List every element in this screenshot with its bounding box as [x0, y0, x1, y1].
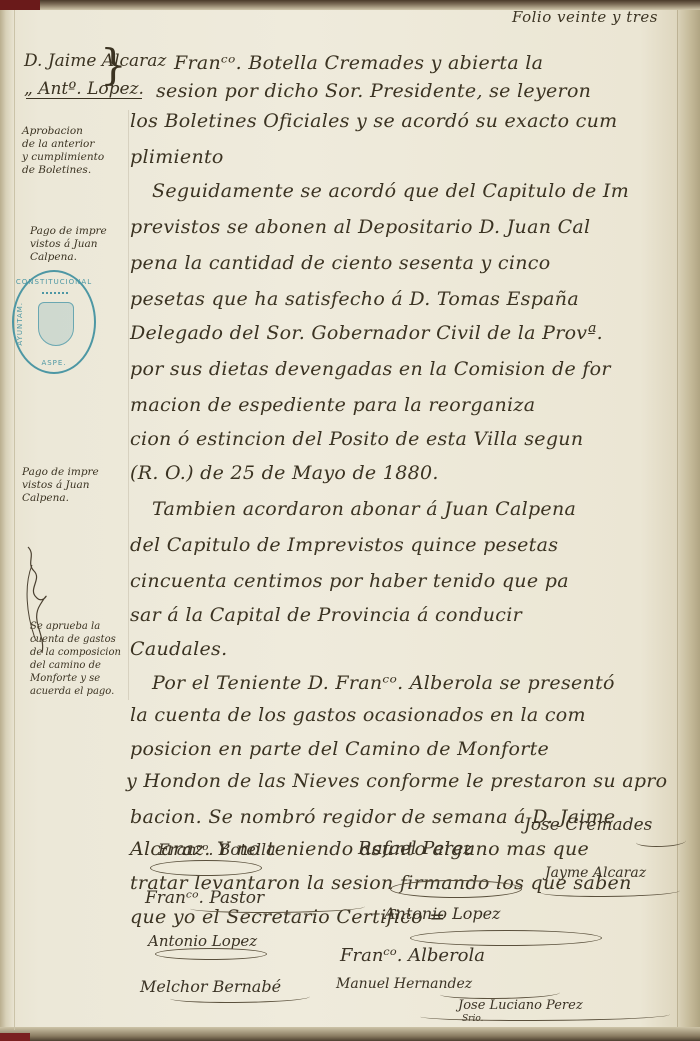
- body-line: pesetas que ha satisfecho á D. Tomas Esp…: [130, 288, 579, 310]
- body-line: Seguidamente se acordó que del Capitulo …: [152, 180, 629, 202]
- brace-glyph: }: [100, 44, 127, 86]
- margin-note-line: vistos á Juan: [30, 238, 138, 251]
- body-line: Franᶜᵒ. Botella Cremades y abierta la: [174, 52, 543, 74]
- body-line: plimiento: [130, 146, 224, 168]
- margin-note-line: Pago de impre: [22, 466, 130, 479]
- rubric-flourish-icon: [22, 545, 58, 655]
- signature-flourish: [410, 930, 602, 946]
- body-line: pena la cantidad de ciento sesenta y cin…: [130, 252, 550, 274]
- signature: Antonio Lopez: [384, 904, 500, 923]
- margin-note-payment-calpena-2: Pago de impre vistos á Juan Calpena.: [22, 466, 130, 505]
- margin-note-payment-calpena: Pago de impre vistos á Juan Calpena.: [30, 225, 138, 264]
- folio-number: Folio veinte y tres: [512, 8, 658, 26]
- margin-note-line: de Boletines.: [22, 164, 130, 177]
- signature: Franᶜᵒ. Alberola: [340, 945, 485, 966]
- signature: Jayme Alcaraz: [545, 865, 646, 881]
- signature: Jose Cremades: [524, 815, 652, 835]
- signature: Franᶜᵒ. Botella: [158, 840, 276, 859]
- margin-note-approval: Aprobacion de la anterior y cumplimiento…: [22, 125, 130, 177]
- signature-flourish: [150, 860, 262, 876]
- margin-note-line: del camino de: [30, 659, 138, 672]
- body-line: del Capitulo de Imprevistos quince peset…: [130, 534, 558, 556]
- signature-flourish: [540, 886, 680, 897]
- margin-note-line: de la anterior: [22, 138, 130, 151]
- binding-gutter: [14, 10, 15, 1030]
- body-line: sar á la Capital de Provincia á conducir: [130, 604, 522, 626]
- body-line: Caudales.: [130, 638, 227, 660]
- stamp-text-bottom: ASPE.: [14, 359, 94, 367]
- coat-of-arms-icon: [38, 302, 74, 346]
- body-line: la cuenta de los gastos ocasionados en l…: [130, 704, 586, 726]
- margin-note-line: vistos á Juan: [22, 479, 130, 492]
- margin-rule: [128, 110, 129, 700]
- body-line: y Hondon de las Nieves conforme le prest…: [126, 770, 667, 792]
- ledger-page: Folio veinte y tres D. Jaime Alcaraz „ A…: [0, 0, 700, 1041]
- attendee-name: D. Jaime Alcaraz: [24, 51, 166, 71]
- stamp-text-left: AYUNTAM.: [16, 302, 24, 346]
- stamp-text-top: CONSTITUCIONAL: [14, 278, 94, 286]
- body-line: Delegado del Sor. Gobernador Civil de la…: [130, 322, 603, 344]
- body-line: sesion por dicho Sor. Presidente, se ley…: [156, 80, 591, 102]
- page-fold-edge: [677, 10, 700, 1027]
- margin-note-line: acuerda el pago.: [30, 685, 138, 698]
- margin-note-line: Aprobacion: [22, 125, 130, 138]
- body-line: previstos se abonen al Depositario D. Ju…: [130, 216, 590, 238]
- body-line: por sus dietas devengadas en la Comision…: [130, 358, 611, 380]
- page-bottom-edge: [0, 1027, 700, 1041]
- signature-flourish: [390, 880, 522, 898]
- signature: Rafael Perez: [358, 838, 473, 859]
- margin-note-line: Calpena.: [30, 251, 138, 264]
- body-line: cion ó estincion del Posito de esta Vill…: [130, 428, 583, 450]
- body-line: Tambien acordaron abonar á Juan Calpena: [152, 498, 576, 520]
- attendees-underline: [26, 98, 142, 99]
- body-line: (R. O.) de 25 de Mayo de 1880.: [130, 462, 439, 484]
- signature-flourish: [420, 1010, 670, 1021]
- body-line: macion de espediente para la reorganiza: [130, 394, 535, 416]
- signature-flourish: [155, 948, 267, 960]
- body-line: cincuenta centimos por haber tenido que …: [130, 570, 569, 592]
- margin-note-line: Pago de impre: [30, 225, 138, 238]
- body-line: los Boletines Oficiales y se acordó su e…: [130, 110, 617, 132]
- body-line: posicion en parte del Camino de Monforte: [130, 738, 549, 760]
- margin-note-line: y cumplimiento: [22, 151, 130, 164]
- margin-note-line: Calpena.: [22, 492, 130, 505]
- signature-flourish: [170, 992, 310, 1003]
- margin-note-line: Monforte y se: [30, 672, 138, 685]
- municipal-seal-stamp: CONSTITUCIONAL AYUNTAM. ASPE.: [12, 270, 96, 374]
- body-line: Por el Teniente D. Franᶜᵒ. Alberola se p…: [152, 672, 615, 694]
